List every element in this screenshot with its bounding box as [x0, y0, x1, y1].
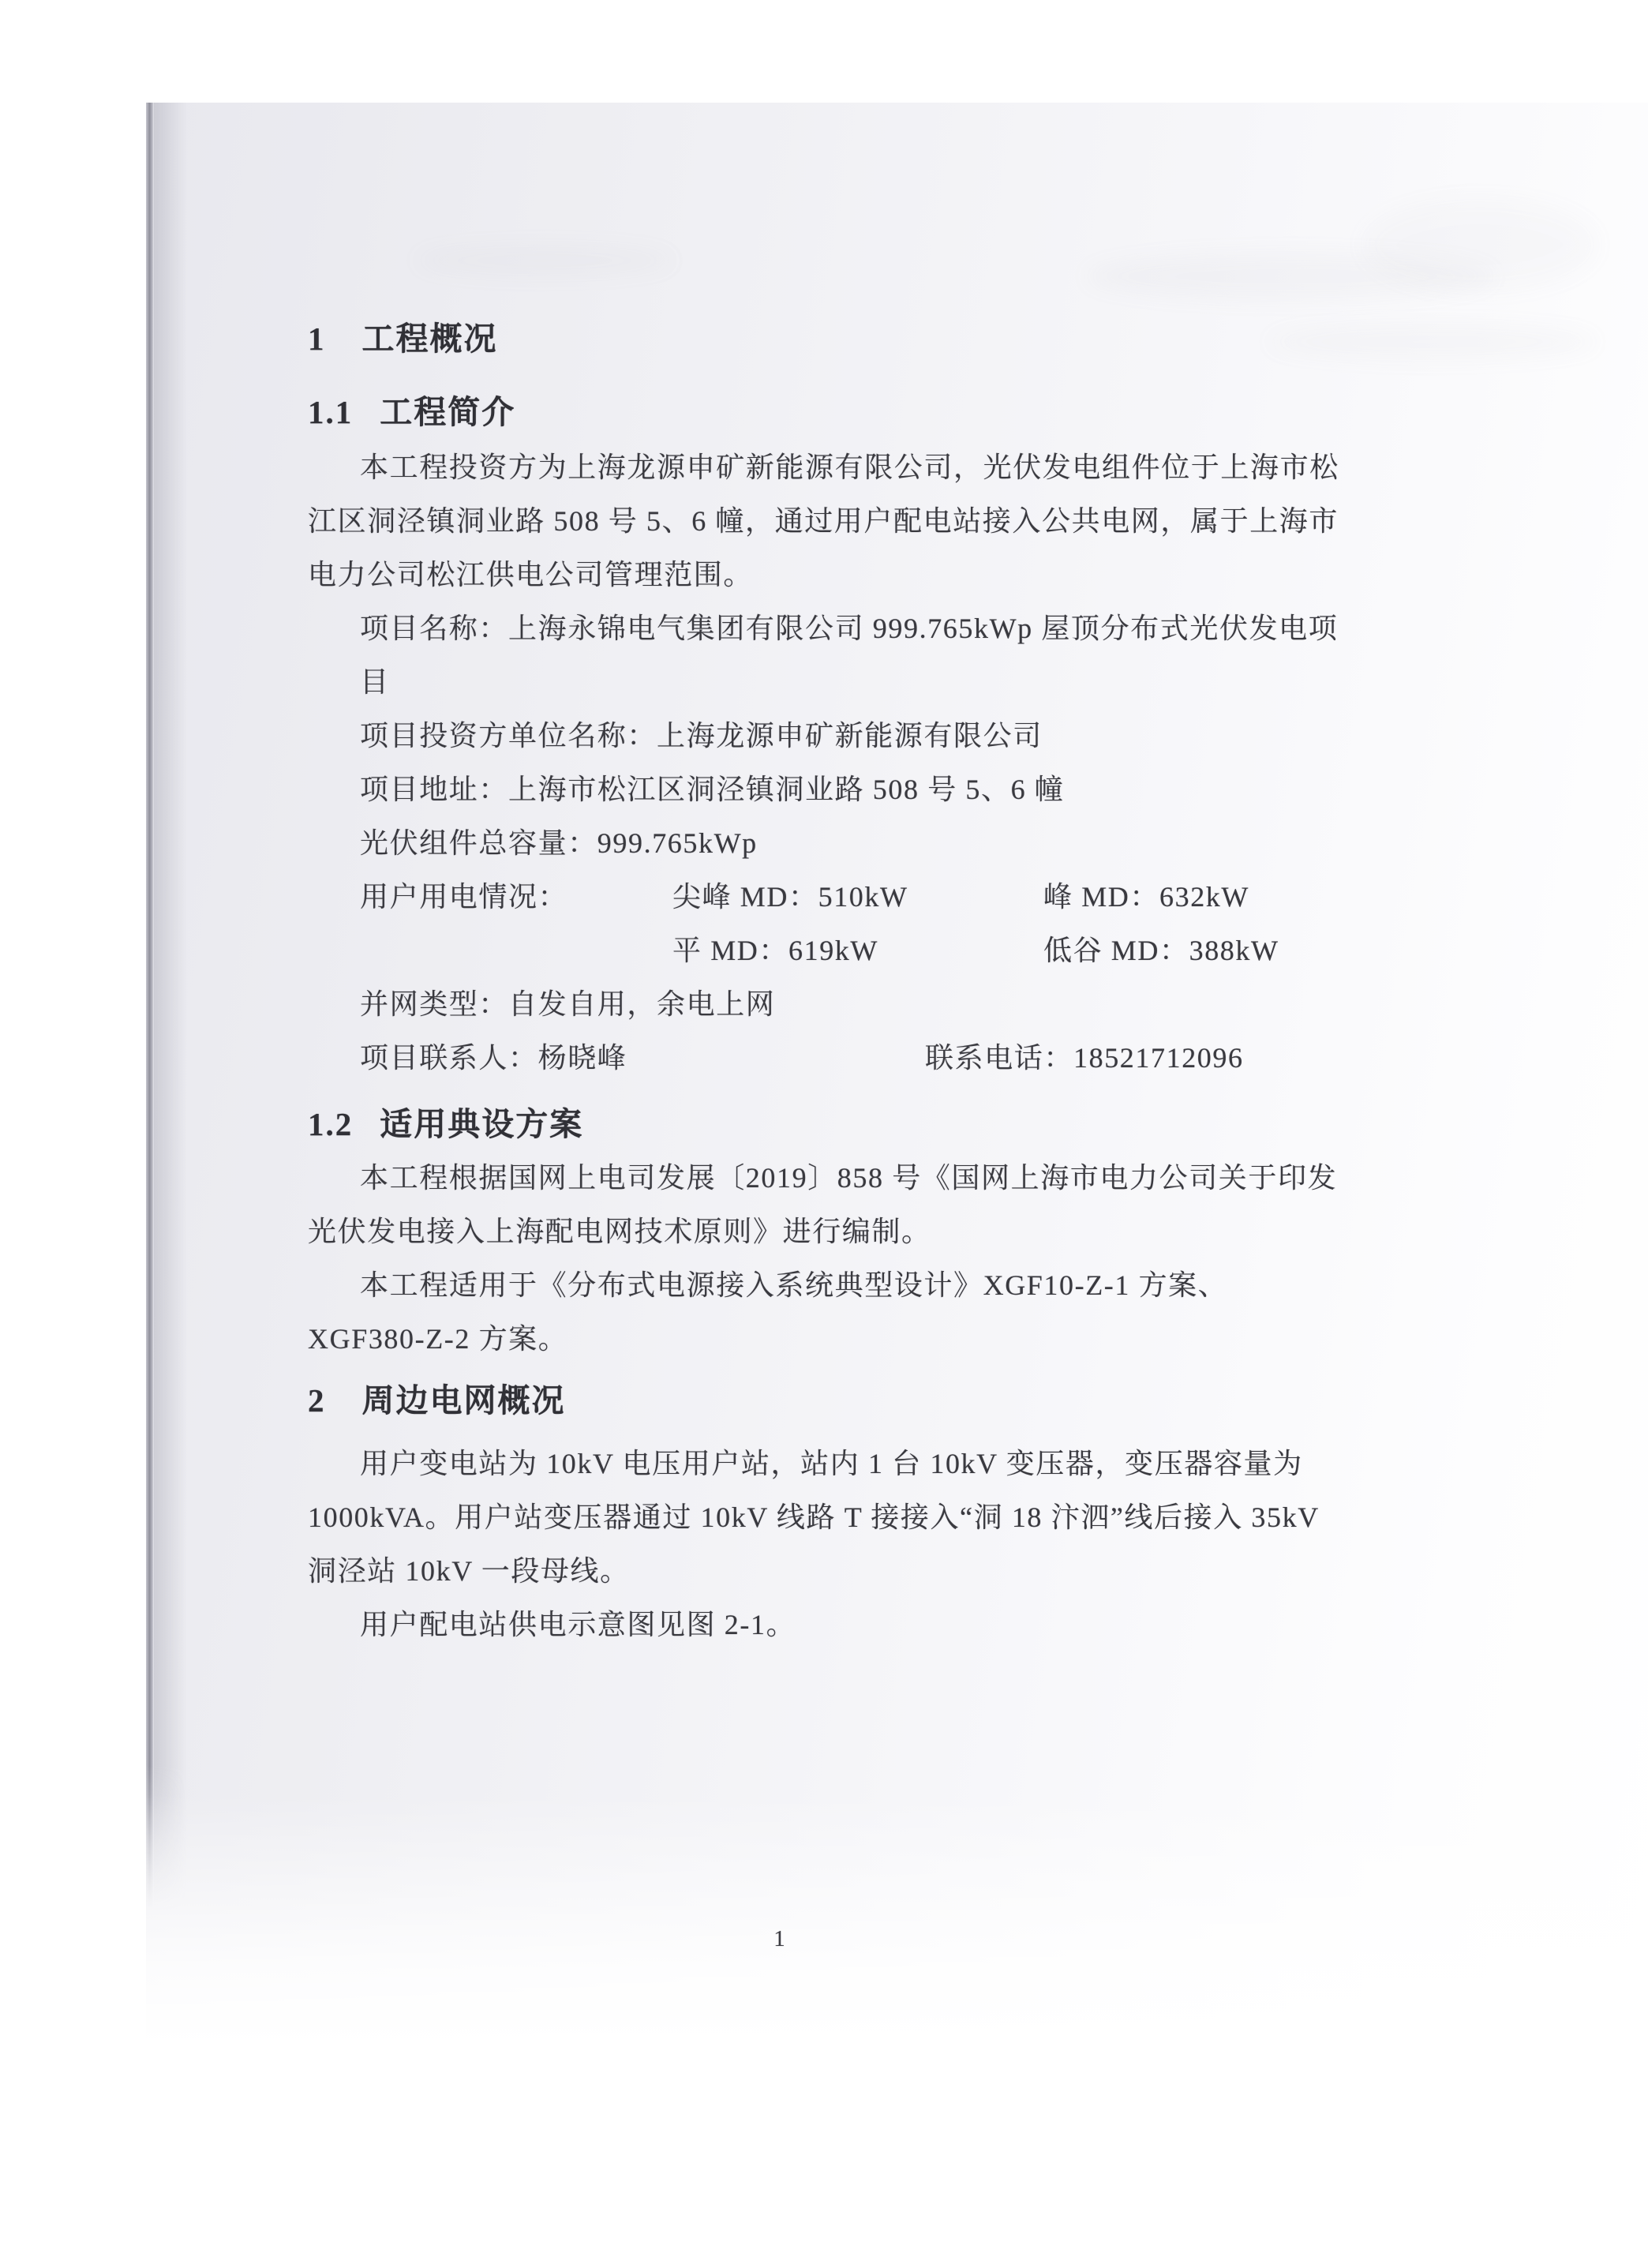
ink-bleed-artifact: [414, 245, 675, 276]
usage-row-2: 平 MD：619kW 低谷 MD：388kW: [308, 924, 1373, 977]
project-name-line: 目: [308, 655, 1373, 709]
project-investor-line: 项目投资方单位名称：上海龙源申矿新能源有限公司: [308, 709, 1373, 763]
section-title: 适用典设方案: [380, 1106, 583, 1142]
scanned-document-page: 1工程概况 1.1工程简介 本工程投资方为上海龙源申矿新能源有限公司，光伏发电组…: [0, 0, 1648, 2268]
section-2-heading: 2周边电网概况: [308, 1374, 1373, 1427]
md-valley-value: 低谷 MD：388kW: [1043, 924, 1279, 977]
scan-spine-edge: [146, 103, 154, 1910]
section-1-1-heading: 1.1工程简介: [308, 385, 1373, 439]
grid-connection-type-line: 并网类型：自发自用，余电上网: [308, 977, 1373, 1031]
grid-overview-paragraph-line: 洞泾站 10kV 一段母线。: [308, 1544, 1373, 1598]
md-flat-value: 平 MD：619kW: [672, 924, 1043, 977]
contact-person: 项目联系人：杨晓峰: [308, 1031, 925, 1085]
grid-overview-paragraph-line: 用户变电站为 10kV 电压用户站，站内 1 台 10kV 变压器，变压器容量为: [308, 1437, 1373, 1490]
section-number: 1.1: [308, 385, 353, 439]
page-number: 1: [247, 1926, 1313, 1952]
section-1-heading: 1工程概况: [308, 312, 1373, 366]
typical-design-paragraph-line: 光伏发电接入上海配电网技术原则》进行编制。: [308, 1205, 1373, 1258]
intro-paragraph-line: 本工程投资方为上海龙源申矿新能源有限公司，光伏发电组件位于上海市松: [308, 440, 1373, 494]
section-number: 1.2: [308, 1097, 353, 1151]
contact-row: 项目联系人：杨晓峰 联系电话：18521712096: [308, 1031, 1373, 1085]
scan-spine-shadow: [154, 103, 187, 1910]
usage-label: 用户用电情况：: [308, 870, 672, 924]
usage-spacer: [308, 924, 672, 977]
intro-paragraph-line: 电力公司松江供电公司管理范围。: [308, 548, 1373, 602]
md-peak-value: 峰 MD：632kW: [1043, 870, 1249, 924]
typical-design-paragraph-line: XGF380-Z-2 方案。: [308, 1312, 1373, 1366]
section-number: 1: [308, 312, 326, 366]
typical-design-paragraph-line: 本工程根据国网上电司发展〔2019〕858 号《国网上海市电力公司关于印发: [308, 1151, 1373, 1205]
grid-overview-paragraph-line: 1000kVA。用户站变压器通过 10kV 线路 T 接接入“洞 18 汴泗”线…: [308, 1490, 1373, 1544]
section-title: 工程概况: [362, 321, 498, 357]
usage-row-1: 用户用电情况： 尖峰 MD：510kW 峰 MD：632kW: [308, 870, 1373, 924]
section-title: 工程简介: [380, 394, 515, 430]
md-sharp-peak-value: 尖峰 MD：510kW: [672, 870, 1043, 924]
project-capacity-line: 光伏组件总容量：999.765kWp: [308, 816, 1373, 870]
document-body: 1工程概况 1.1工程简介 本工程投资方为上海龙源申矿新能源有限公司，光伏发电组…: [308, 312, 1373, 1952]
project-address-line: 项目地址：上海市松江区洞泾镇洞业路 508 号 5、6 幢: [308, 763, 1373, 816]
typical-design-paragraph-line: 本工程适用于《分布式电源接入系统典型设计》XGF10-Z-1 方案、: [308, 1258, 1373, 1312]
section-number: 2: [308, 1374, 326, 1427]
grid-overview-paragraph-line: 用户配电站供电示意图见图 2-1。: [308, 1598, 1373, 1651]
intro-paragraph-line: 江区洞泾镇洞业路 508 号 5、6 幢，通过用户配电站接入公共电网，属于上海市: [308, 494, 1373, 548]
ink-bleed-artifact: [1361, 197, 1598, 292]
section-1-2-heading: 1.2适用典设方案: [308, 1097, 1373, 1151]
project-name-line: 项目名称：上海永锦电气集团有限公司 999.765kWp 屋顶分布式光伏发电项: [308, 602, 1373, 655]
contact-phone: 联系电话：18521712096: [925, 1031, 1244, 1085]
section-title: 周边电网概况: [362, 1382, 566, 1419]
